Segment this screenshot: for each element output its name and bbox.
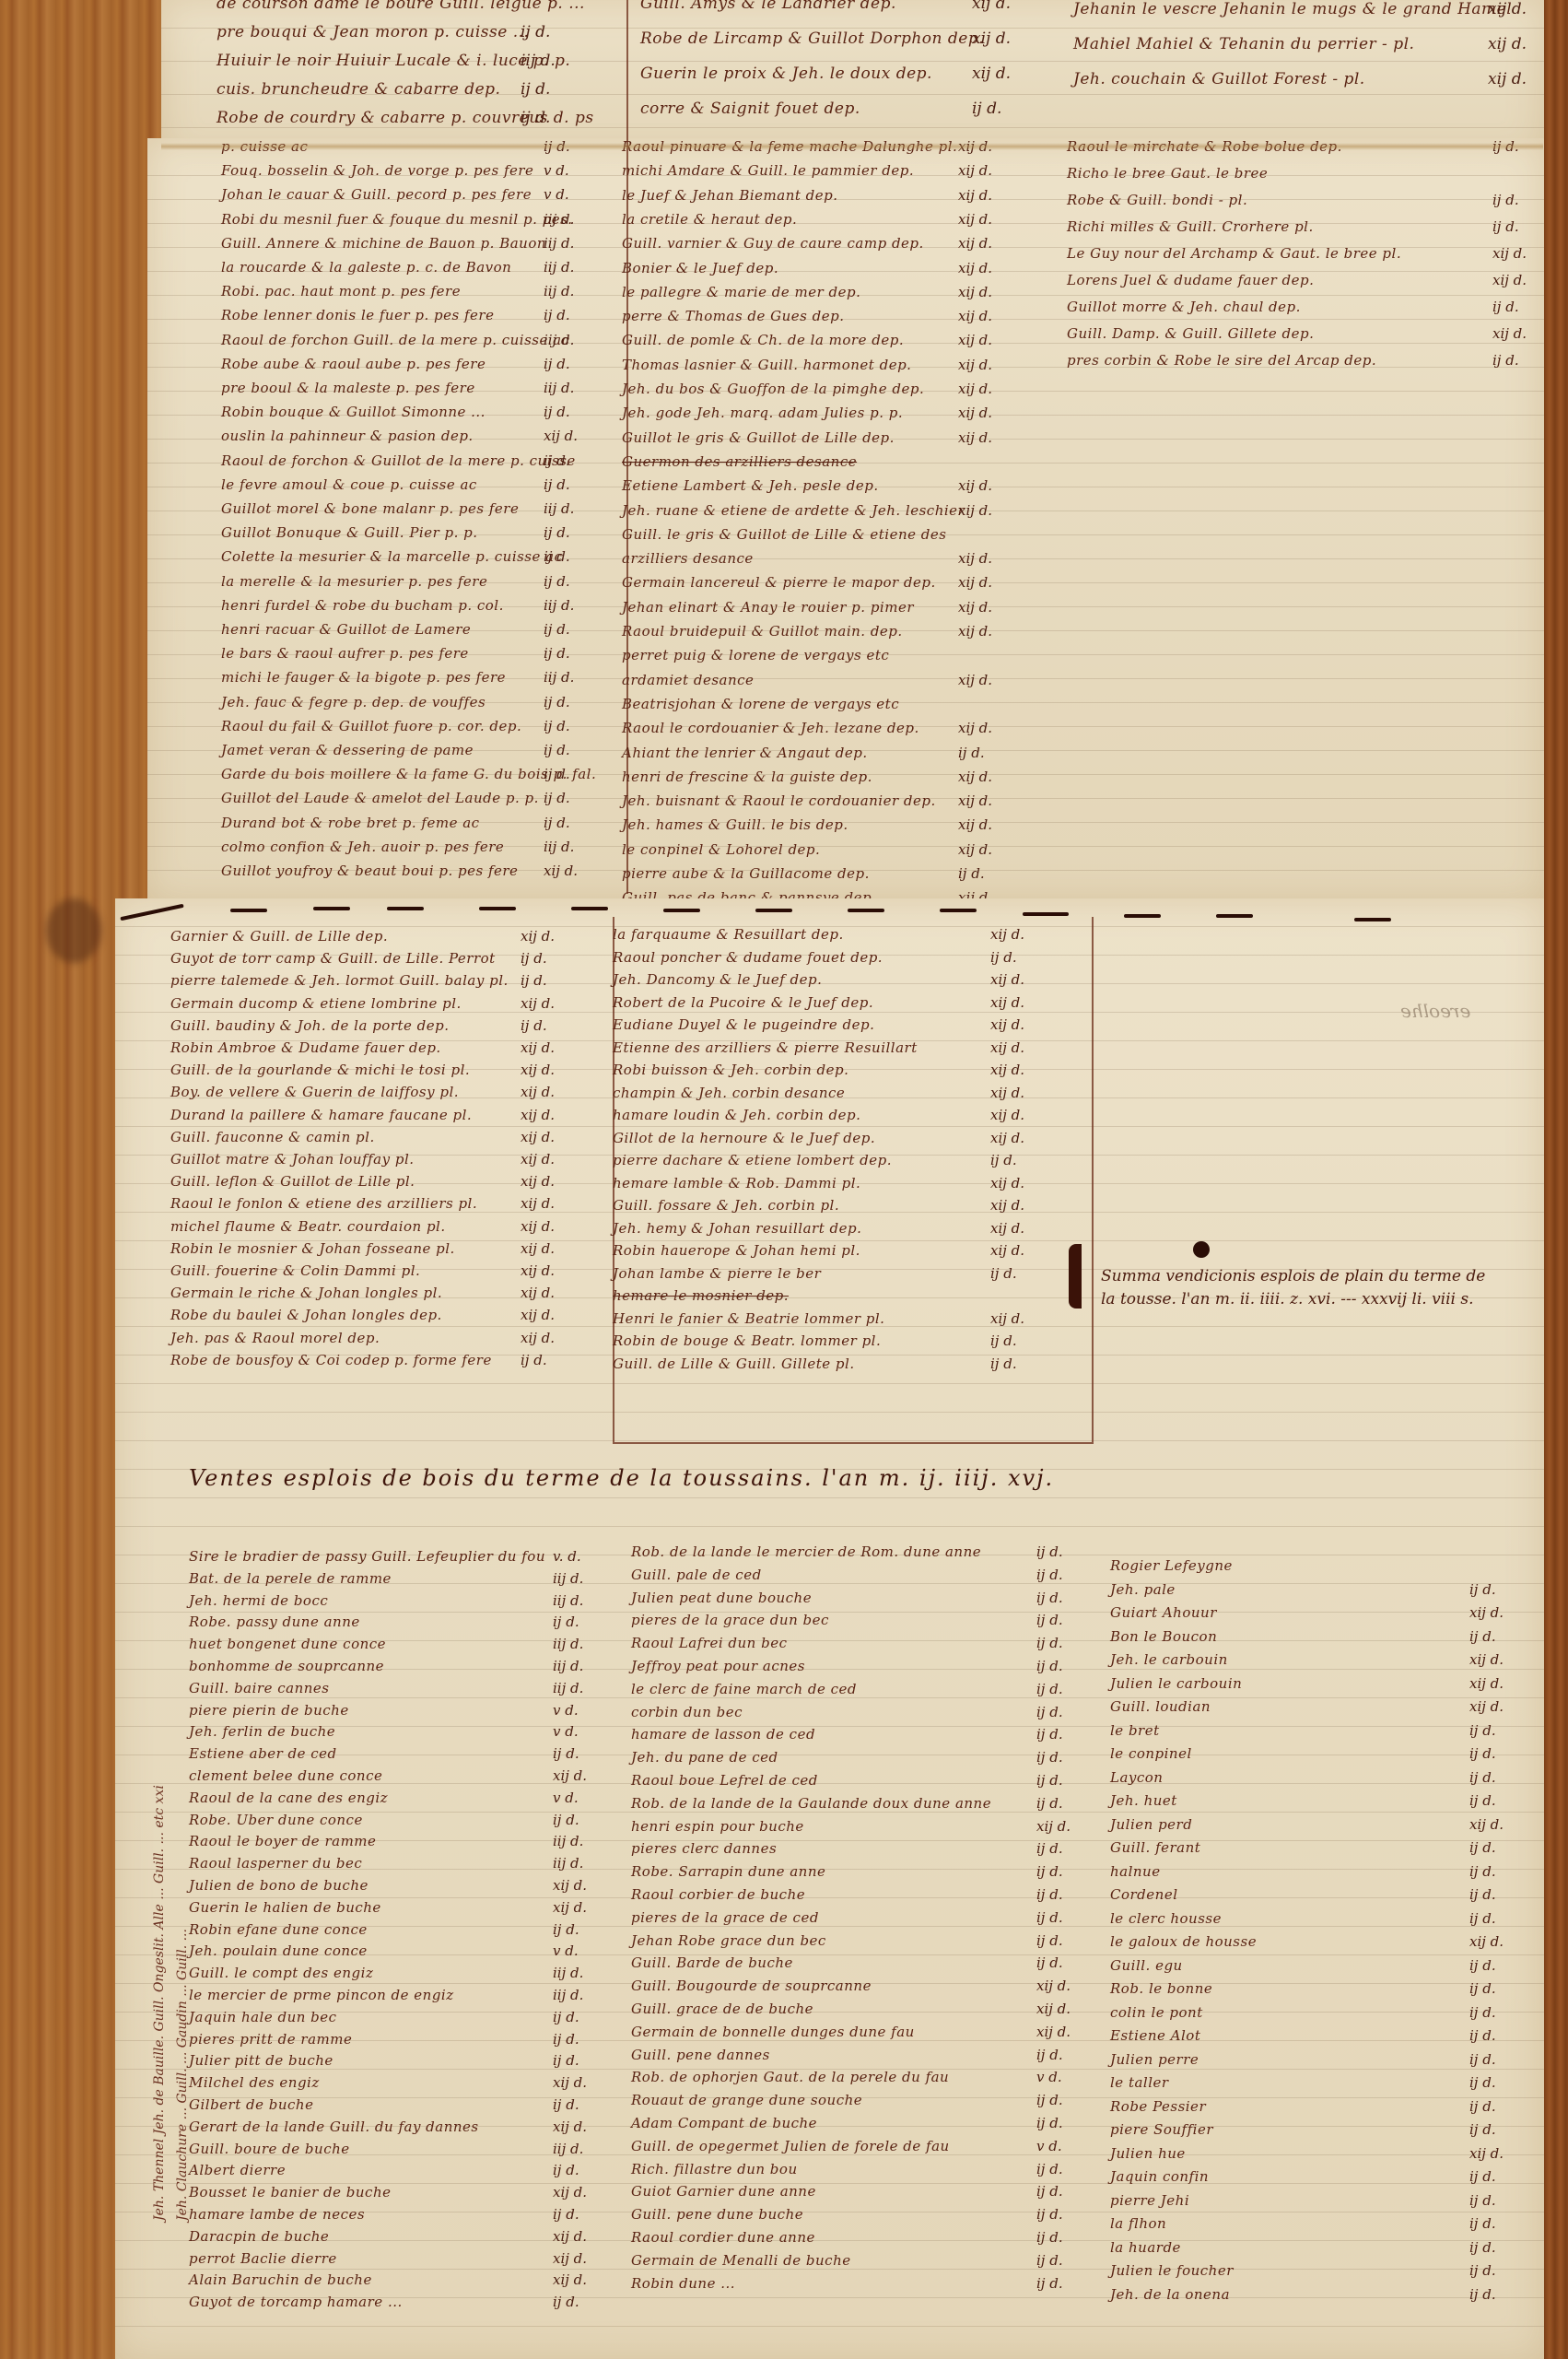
entry-amount: ij d. — [1469, 2004, 1496, 2021]
entry-amount: ij d. — [544, 573, 570, 590]
entry-amount: ij d. — [972, 100, 1001, 118]
entry-text: Jeh. buisnant & Raoul le cordouanier dep… — [622, 792, 936, 809]
entry-text: le galoux de housse — [1110, 1933, 1257, 1950]
entry-text: Robe du baulei & Johan longles dep. — [170, 1307, 442, 1323]
entry-amount: ij d. — [1036, 1635, 1063, 1651]
entry-text: Cordenel — [1110, 1886, 1178, 1903]
entry-amount: iij d. — [553, 1855, 583, 1872]
entry-text: Jeh. hermi de bocc — [189, 1592, 328, 1609]
entry-text: Julier pitt de buche — [189, 2052, 333, 2069]
entry-text: Raoul lasperner du bec — [189, 1855, 362, 1872]
parchment-membrane-1: de courson dame le boure Guill. leigue p… — [161, 0, 1544, 161]
entry-amount: ij d. — [1036, 1772, 1063, 1789]
entry-text: Germain ducomp & etiene lombrine pl. — [170, 995, 462, 1012]
seam-dash — [755, 909, 792, 912]
entry-text: Lorens Juel & dudame fauer dep. — [1067, 272, 1314, 288]
ink-stain — [46, 898, 101, 963]
entry-amount: xij d. — [521, 928, 555, 945]
ruling-line — [115, 1412, 1544, 1413]
entry-text: pieres de la grace de ced — [631, 1909, 819, 1926]
entry-amount: xij d. — [1469, 1651, 1504, 1668]
entry-text: Eetiene Lambert & Jeh. pesle dep. — [622, 477, 879, 494]
entry-amount: iij d. — [544, 235, 574, 252]
ruling-line — [115, 1697, 1544, 1698]
entry-amount: iij d. — [553, 1658, 583, 1674]
entry-text: Jeh. hames & Guill. le bis dep. — [622, 816, 848, 833]
entry-amount: xij d. — [1492, 272, 1527, 288]
entry-text: Guill. Barde de buche — [631, 1954, 793, 1971]
entry-text: Raoul le boyer de ramme — [189, 1833, 376, 1849]
parchment-membrane-2: p. cuisse acij d.Fouq. bosselin & Joh. d… — [147, 138, 1544, 903]
entry-text: perre & Thomas de Gues dep. — [622, 308, 845, 324]
entry-text: Robert de la Pucoire & le Juef dep. — [613, 994, 873, 1011]
entry-amount: ij d. — [1036, 2115, 1063, 2131]
entry-text: Gilbert de buche — [189, 2096, 313, 2113]
entry-text: Guill. de pomle & Ch. de la more dep. — [622, 332, 904, 348]
entry-text: Jehan Robe grace dun bec — [631, 1932, 826, 1949]
offset-mirror-text: ereolhe — [1400, 1000, 1470, 1022]
entry-text: Robin bouque & Guillot Simonne ... — [221, 404, 486, 420]
entry-text: Richo le bree Gaut. le bree — [1067, 165, 1268, 182]
entry-text: pierre dachare & etiene lombert dep. — [613, 1152, 892, 1168]
entry-text: corbin dun bec — [631, 1704, 743, 1720]
entry-amount: xij d. — [1469, 1675, 1504, 1692]
entry-amount: xij d. — [1492, 245, 1527, 262]
entry-amount: xij d. — [521, 1062, 555, 1078]
entry-text: Robe & Guill. bondi - pl. — [1067, 192, 1247, 208]
entry-amount: xij d. — [553, 2074, 587, 2091]
entry-amount: ij d. — [544, 790, 570, 806]
entry-text: Raoul Lafrei dun bec — [631, 1635, 787, 1651]
entry-text: le fevre amoul & coue p. cuisse ac — [221, 476, 477, 493]
entry-amount: ij d. — [1469, 2215, 1496, 2232]
entry-text: Rob. de la lande de la Gaulande doux dun… — [631, 1795, 991, 1812]
entry-amount: xij d. — [521, 1262, 555, 1279]
entry-text: Milchel des engiz — [189, 2074, 320, 2091]
entry-text: Eudiane Duyel & le pugeindre dep. — [613, 1016, 874, 1033]
entry-amount: ij d. — [1492, 299, 1519, 315]
entry-amount: ij d. — [544, 524, 570, 541]
entry-text: hamare lambe de neces — [189, 2206, 365, 2223]
entry-text: Raoul le fonlon & etiene des arzilliers … — [170, 1195, 477, 1212]
entry-amount: ij d. — [990, 1356, 1017, 1372]
entry-amount: xij d. — [553, 1899, 587, 1916]
membrane-seam — [161, 143, 1543, 150]
entry-amount: ij d. — [553, 1812, 579, 1828]
entry-amount: xij d. — [958, 284, 992, 300]
wooden-surface-right — [1544, 0, 1568, 2359]
seam-dash — [1124, 914, 1161, 918]
entry-text: Julien le foucher — [1110, 2262, 1234, 2279]
entry-text: Johan le cauar & Guill. pecord p. pes fe… — [221, 186, 532, 203]
entry-text: Boy. de vellere & Guerin de laiffosy pl. — [170, 1084, 459, 1100]
entry-text: Guill. Annere & michine de Bauon p. Bauo… — [221, 235, 546, 252]
entry-amount: xij d. — [544, 863, 578, 879]
entry-text: Raoul poncher & dudame fouet dep. — [613, 949, 883, 966]
entry-amount: ij d. — [553, 2162, 579, 2178]
entry-amount: ij d. — [1036, 2275, 1063, 2292]
entry-amount: xij d. — [958, 429, 992, 446]
entry-text: pres corbin & Robe le sire del Arcap dep… — [1067, 352, 1376, 369]
entry-text: Robe Pessier — [1110, 2098, 1206, 2115]
entry-amount: iij d. — [544, 669, 574, 686]
entry-text: hamare de lasson de ced — [631, 1726, 815, 1743]
entry-amount: xij d. — [990, 1062, 1024, 1078]
entry-amount: ij d. — [1469, 1581, 1496, 1598]
entry-text: Julien perre — [1110, 2051, 1199, 2068]
entry-amount: ij d. — [1469, 2074, 1496, 2091]
entry-text: le clerc housse — [1110, 1910, 1222, 1927]
entry-amount: ij d. — [1469, 2027, 1496, 2044]
entry-amount: ij d. — [1036, 2047, 1063, 2063]
entry-text: Guillot del Laude & amelot del Laude p. … — [221, 790, 539, 806]
entry-amount: iij d. — [553, 1987, 583, 2003]
entry-text: perrot Baclie dierre — [189, 2250, 337, 2267]
entry-text: champin & Jeh. corbin desance — [613, 1085, 845, 1101]
entry-text: Germain le riche & Johan longles pl. — [170, 1285, 442, 1301]
entry-amount: ij d. — [990, 1152, 1017, 1168]
entry-amount: xij d. — [958, 162, 992, 179]
entry-text: Bonier & le Juef dep. — [622, 260, 778, 276]
entry-amount: ij d. — [544, 476, 570, 493]
entry-text: la cretile & heraut dep. — [622, 211, 797, 228]
entry-amount: xij d. — [553, 2271, 587, 2288]
entry-amount: ij d. — [544, 621, 570, 638]
entry-amount: ij d. — [544, 356, 570, 372]
entry-amount: xij d. — [990, 994, 1024, 1011]
entry-text: Johan lambe & pierre le ber — [613, 1265, 821, 1282]
entry-text: Rouaut de grange dune souche — [631, 2092, 862, 2108]
entry-text: Robe de bousfoy & Coi codep p. forme fer… — [170, 1352, 492, 1368]
entry-text: Guill. grace de de buche — [631, 2001, 813, 2017]
entry-amount: xij d. — [521, 1330, 555, 1346]
entry-amount: ij d. — [1036, 1612, 1063, 1628]
entry-text: Jeh. pale — [1110, 1581, 1176, 1598]
ruling-line — [115, 1497, 1544, 1498]
entry-amount: ij d. — [1036, 1749, 1063, 1766]
entry-text: Raoul le cordouanier & Jeh. lezane dep. — [622, 720, 919, 736]
entry-amount: xij d. — [958, 623, 992, 640]
entry-text: le bret — [1110, 1722, 1160, 1739]
entry-text: Robin efane dune conce — [189, 1921, 368, 1938]
entry-amount: xij d. — [958, 816, 992, 833]
seam-dash — [1354, 918, 1391, 921]
entry-amount: v d. — [553, 1723, 579, 1740]
entry-amount: xij d. — [1036, 2001, 1071, 2017]
entry-text: la farquaume & Resuillart dep. — [613, 926, 844, 943]
vertical-margin-note: Jeh. Thennel Jeh. de Bauille. Guill. Ong… — [152, 1785, 167, 2221]
entry-amount: ij d. — [1469, 2262, 1496, 2279]
entry-text: ardamiet desance — [622, 672, 754, 688]
entry-amount: xij d. — [958, 211, 992, 228]
entry-amount: xij d. — [958, 792, 992, 809]
entry-amount: xij d. — [553, 2228, 587, 2245]
entry-amount: ij d. — [1036, 1932, 1063, 1949]
entry-text: Guill. Bougourde de souprcanne — [631, 1978, 872, 1994]
entry-text: Germain de Menalli de buche — [631, 2252, 851, 2269]
entry-text: Guermon des arzilliers desance — [622, 453, 857, 470]
entry-text: perret puig & lorene de vergays etc — [622, 647, 889, 663]
entry-text: Jehan elinart & Anay le rouier p. pimer — [622, 599, 914, 616]
entry-text: Julien le carbouin — [1110, 1675, 1242, 1692]
column-rule — [1092, 917, 1094, 1442]
entry-amount: iij d. — [544, 259, 574, 276]
entry-text: Robe. Sarrapin dune anne — [631, 1863, 825, 1880]
entry-text: le conpinel & Lohorel dep. — [622, 841, 820, 858]
entry-amount: ij d. — [544, 307, 570, 323]
entry-amount: iij d. — [544, 380, 574, 396]
entry-text: Jeh. gode Jeh. marq. adam Julies p. p. — [622, 405, 903, 421]
entry-text: hamare loudin & Jeh. corbin dep. — [613, 1107, 860, 1123]
entry-text: Raoul du fail & Guillot fuore p. cor. de… — [221, 718, 521, 734]
entry-amount: ij d. — [521, 950, 547, 967]
entry-amount: v d. — [553, 1942, 579, 1959]
entry-text: pierre aube & la Guillacome dep. — [622, 865, 870, 882]
entry-amount: ij d. — [990, 1265, 1017, 1282]
entry-text: Julien peat dune bouche — [631, 1590, 812, 1606]
vertical-margin-note: Jeh. Clauchure ... Guill. ... Gaudin ...… — [175, 1929, 190, 2221]
entry-text: halnue — [1110, 1863, 1161, 1880]
entry-text: Beatrisjohan & lorene de vergays etc — [622, 696, 899, 712]
entry-text: Estiene Alot — [1110, 2027, 1200, 2044]
entry-text: Julien perd — [1110, 1816, 1192, 1833]
entry-amount: ij d. — [1469, 1839, 1496, 1856]
entry-text: pre booul & la maleste p. pes fere — [221, 380, 475, 396]
entry-amount: ij d. — [1469, 1628, 1496, 1645]
entry-amount: ij d. — [521, 23, 550, 41]
entry-amount: xij d. — [958, 235, 992, 252]
entry-text: Le Guy nour del Archamp & Gaut. le bree … — [1067, 245, 1401, 262]
entry-amount: ij d. — [544, 548, 570, 565]
entry-text: Guill. pene dune buche — [631, 2206, 803, 2223]
entry-text: Jeffroy peat pour acnes — [631, 1658, 805, 1674]
entry-amount: ij d. — [553, 2096, 579, 2113]
entry-amount: iij d. — [553, 1636, 583, 1652]
entry-text: colin le pont — [1110, 2004, 1203, 2021]
entry-text: le clerc de faine march de ced — [631, 1681, 857, 1697]
entry-amount: xij d. — [1488, 0, 1527, 18]
entry-amount: xij d. — [958, 187, 992, 204]
seam-dash — [313, 907, 350, 910]
entry-text: Guill. fauconne & camin pl. — [170, 1129, 375, 1145]
entry-amount: xij d. — [1469, 1816, 1504, 1833]
entry-text: Bousset le banier de buche — [189, 2184, 392, 2201]
entry-text: Guill. loudian — [1110, 1698, 1211, 1715]
entry-text: Daracpin de buche — [189, 2228, 329, 2245]
entry-amount: ij d. — [1036, 1954, 1063, 1971]
entry-text: Robin de bouge & Beatr. lommer pl. — [613, 1332, 881, 1349]
entry-amount: ij d. — [1469, 1980, 1496, 1997]
entry-text: Robe de Lircamp & Guillot Dorphon dep. — [640, 29, 984, 48]
entry-amount: xij d. — [958, 357, 992, 373]
seam-dash — [387, 907, 424, 910]
entry-amount: ij d. — [958, 865, 985, 882]
ruling-line — [115, 1526, 1544, 1527]
entry-amount: iij d. — [544, 332, 574, 348]
entry-amount: ij d. — [1036, 2092, 1063, 2108]
entry-text: Jamet veran & dessering de pame — [221, 742, 474, 758]
entry-amount: ij d. — [958, 745, 985, 761]
entry-amount: v d. — [1036, 2138, 1062, 2154]
entry-amount: xij d. — [990, 1220, 1024, 1237]
entry-text: Guill. pene dannes — [631, 2047, 770, 2063]
entry-amount: xij d. — [990, 1175, 1024, 1191]
ruling-line — [115, 1383, 1544, 1384]
entry-amount: v d. — [553, 1702, 579, 1719]
entry-amount: v. d. — [553, 1548, 581, 1565]
entry-amount: v d. — [544, 186, 569, 203]
entry-amount: xij d. — [521, 1307, 555, 1323]
entry-text: Bat. de la perele de ramme — [189, 1570, 392, 1587]
entry-amount: ij d. — [544, 718, 570, 734]
entry-text: pieres pritt de ramme — [189, 2031, 352, 2048]
entry-text: Raoul corbier de buche — [631, 1886, 805, 1903]
entry-text: Jeh. du bos & Guoffon de la pimghe dep. — [622, 381, 924, 397]
entry-amount: xij d. — [972, 65, 1011, 83]
entry-amount: xij d. — [958, 599, 992, 616]
entry-text: Raoul boue Lefrel de ced — [631, 1772, 818, 1789]
entry-amount: xij d. — [1492, 325, 1527, 342]
entry-amount: ij d. — [990, 1332, 1017, 1349]
entry-text: Rob. le bonne — [1110, 1980, 1212, 1997]
entry-amount: ij d. — [544, 694, 570, 710]
entry-amount: xij d. — [958, 260, 992, 276]
entry-amount: v d. — [544, 162, 569, 179]
entry-amount: ij d. — [1469, 1910, 1496, 1927]
entry-amount: ij d. — [521, 109, 550, 127]
entry-text: Guillot youfroy & beaut boui p. pes fere — [221, 863, 518, 879]
entry-amount: ij d. — [544, 452, 570, 469]
entry-amount: xij d. — [972, 0, 1011, 13]
entry-text: Guill. ferant — [1110, 1839, 1200, 1856]
entry-amount: xij d. — [521, 1084, 555, 1100]
entry-amount: ij d. — [1469, 2192, 1496, 2209]
entry-amount: iij d. — [553, 1965, 583, 1981]
entry-amount: ij d. — [1036, 2229, 1063, 2246]
entry-amount: ij d. — [553, 2031, 579, 2048]
entry-amount: ij d. — [544, 645, 570, 662]
entry-text: Estiene aber de ced — [189, 1745, 337, 1762]
entry-amount: ij d. — [1469, 1722, 1496, 1739]
entry-text: Guillot morel & bone malanr p. pes fere — [221, 500, 519, 517]
entry-amount: xij d. — [553, 2118, 587, 2135]
entry-amount: xij d. — [1036, 1978, 1071, 1994]
entry-amount: ij d. — [521, 1352, 547, 1368]
seam-dash — [230, 909, 267, 912]
entry-text: Guill. Damp. & Guill. Gillete dep. — [1067, 325, 1314, 342]
entry-amount: ij d. — [1036, 2183, 1063, 2200]
entry-amount: xij d. — [1488, 35, 1527, 53]
entry-text: Adam Compant de buche — [631, 2115, 817, 2131]
entry-text: pieres clerc dannes — [631, 1840, 777, 1857]
entry-text: Jeh. le carbouin — [1110, 1651, 1228, 1668]
entry-amount: xij d. — [958, 332, 992, 348]
entry-amount: ij d. — [521, 972, 547, 989]
entry-amount: xij d. — [521, 1107, 555, 1123]
entry-text: Robi buisson & Jeh. corbin dep. — [613, 1062, 848, 1078]
entry-amount: ij d. — [1469, 1745, 1496, 1762]
entry-amount: xij d. — [521, 995, 555, 1012]
summa-note-line-1: Summa vendicionis esplois de plain du te… — [1101, 1267, 1485, 1285]
entry-text: Robe aube & raoul aube p. pes fere — [221, 356, 486, 372]
entry-amount: xij d. — [1469, 2145, 1504, 2162]
entry-amount: xij d. — [958, 308, 992, 324]
entry-text: Alain Baruchin de buche — [189, 2271, 372, 2288]
bracket-mark — [1069, 1244, 1082, 1309]
entry-text: Durand bot & robe bret p. feme ac — [221, 815, 480, 831]
entry-text: Guill. de Lille & Guill. Gillete pl. — [613, 1356, 855, 1372]
entry-amount: ij d. — [1036, 1681, 1063, 1697]
entry-amount: xij d. — [990, 1085, 1024, 1101]
entry-amount: xij d. — [553, 1877, 587, 1894]
entry-text: Germain de bonnelle dunges dune fau — [631, 2024, 915, 2040]
entry-amount: ij d. — [1036, 1543, 1063, 1560]
entry-amount: ij d. — [1492, 192, 1519, 208]
entry-text: henri furdel & robe du bucham p. col. — [221, 597, 504, 614]
entry-text: Guill. baudiny & Joh. de la porte dep. — [170, 1017, 450, 1034]
entry-text: Etienne des arzilliers & pierre Resuilla… — [613, 1039, 918, 1056]
ruling-line — [115, 1440, 1544, 1441]
entry-amount: ij d. — [1036, 2252, 1063, 2269]
entry-amount: ij d. — [1469, 2239, 1496, 2256]
entry-amount: ij d. — [1492, 352, 1519, 369]
entry-amount: ij d. — [544, 815, 570, 831]
entry-text: le conpinel — [1110, 1745, 1192, 1762]
entry-amount: ij d. — [544, 742, 570, 758]
entry-text: colmo confion & Jeh. auoir p. pes fere — [221, 839, 504, 855]
entry-text: Ahiant the lenrier & Angaut dep. — [622, 745, 868, 761]
entry-text: le Juef & Jehan Biemant dep. — [622, 187, 838, 204]
entry-text: Robi. pac. haut mont p. pes fere — [221, 283, 461, 299]
entry-text: Huiuir le noir Huiuir Lucale & i. luce p… — [216, 52, 570, 70]
entry-amount: ij d. — [1469, 1769, 1496, 1786]
entry-text: pre bouqui & Jean moron p. cuisse ... — [216, 23, 529, 41]
entry-amount: ij d. — [1469, 2286, 1496, 2303]
entry-text: Fouq. bosselin & Joh. de vorge p. pes fe… — [221, 162, 533, 179]
entry-text: Julien hue — [1110, 2145, 1186, 2162]
entry-text: Jeh. Dancomy & le Juef dep. — [613, 971, 822, 988]
entry-text: Raoul de la cane des engiz — [189, 1790, 388, 1806]
entry-text: Guyot de torr camp & Guill. de Lille. Pe… — [170, 950, 496, 967]
entry-amount: xij d. — [958, 502, 992, 519]
entry-amount: ij d. — [1469, 2098, 1496, 2115]
entry-text: Jaquin confin — [1110, 2168, 1209, 2185]
ruling-line — [115, 1126, 1544, 1127]
entry-amount: ij d. — [521, 1017, 547, 1034]
entry-amount: xij d. — [1036, 1818, 1071, 1835]
entry-text: Jaquin hale dun bec — [189, 2009, 337, 2025]
entry-text: la flhon — [1110, 2215, 1166, 2232]
entry-amount: ij d. — [1492, 218, 1519, 235]
entry-amount: ij d. — [553, 2294, 579, 2310]
ruling-line — [115, 2240, 1544, 2241]
ruling-line — [115, 1612, 1544, 1613]
entry-text: bonhomme de souprcanne — [189, 1658, 384, 1674]
entry-amount: xij d. — [990, 971, 1024, 988]
entry-text: Mahiel Mahiel & Tehanin du perrier - pl. — [1073, 35, 1414, 53]
entry-text: Robin le mosnier & Johan fosseane pl. — [170, 1240, 455, 1257]
entry-amount: ij d. — [1036, 1909, 1063, 1926]
entry-amount: ij d. — [1036, 1567, 1063, 1583]
entry-text: Rob. de ophorjen Gaut. de la perele du f… — [631, 2069, 949, 2085]
entry-text: Guillot morre & Jeh. chaul dep. — [1067, 299, 1301, 315]
entry-amount: xij d. — [521, 1240, 555, 1257]
entry-text: Jeh. fauc & fegre p. dep. de vouffes — [221, 694, 486, 710]
entry-amount: xij d. — [1469, 1698, 1504, 1715]
parchment-membrane-3: Garnier & Guill. de Lille dep.xij d.Guyo… — [115, 898, 1544, 2359]
entry-amount: xij d. — [1488, 70, 1527, 88]
entry-text: Gerart de la lande Guill. du fay dannes — [189, 2118, 479, 2135]
